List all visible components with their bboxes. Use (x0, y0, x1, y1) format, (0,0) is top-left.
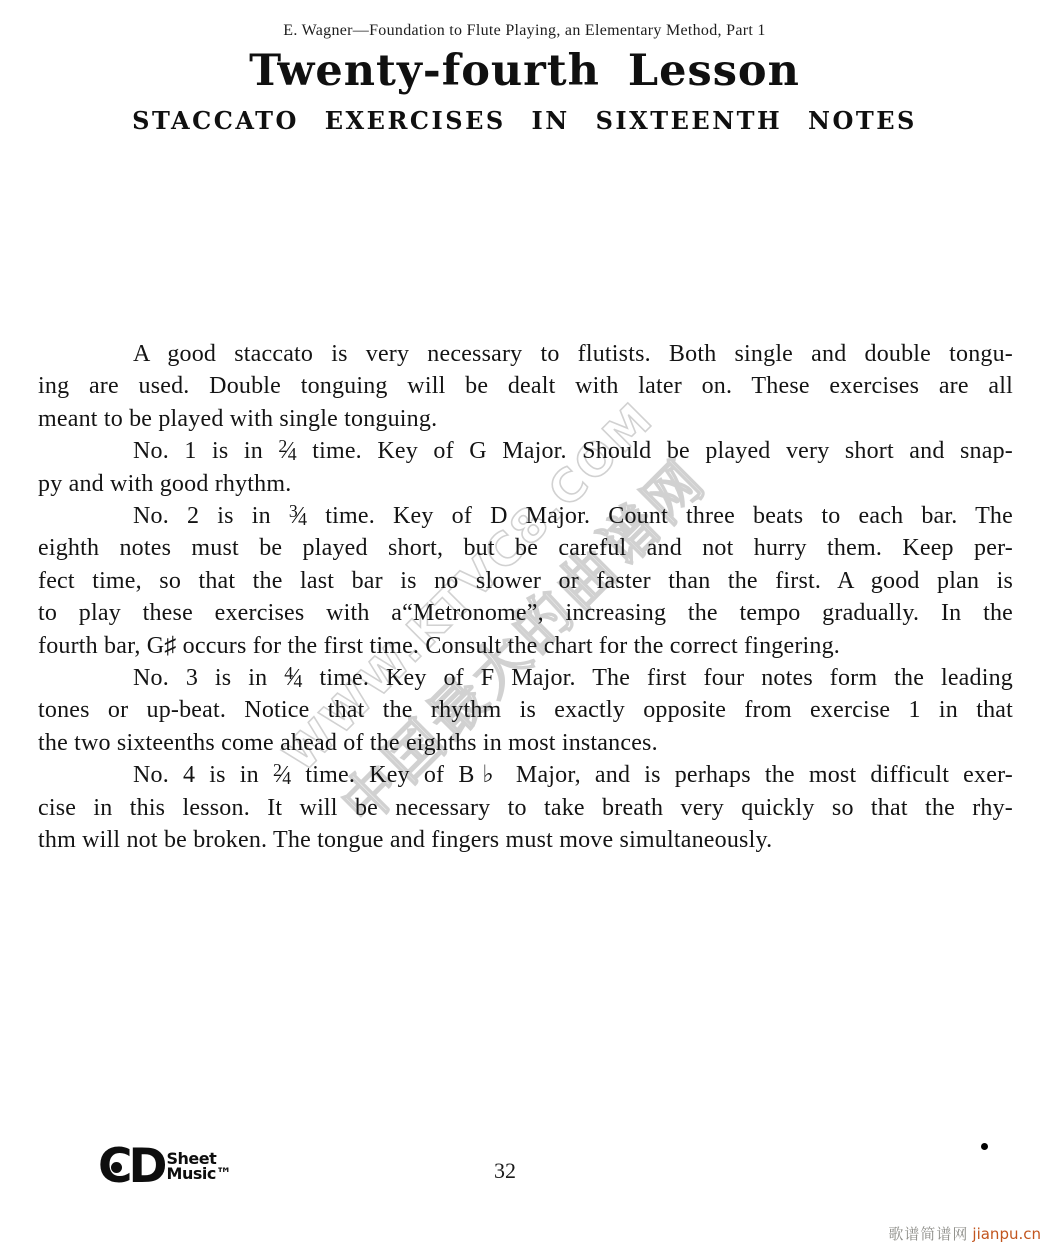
text-line: No. 1 is in 2⁄4 time. Key of G Major. Sh… (38, 435, 1013, 467)
ink-speck-dot (981, 1143, 988, 1150)
text-line: the two sixteenths come ahead of the eig… (38, 727, 1013, 759)
paragraph: No. 3 is in 4⁄4 time. Key of F Major. Th… (38, 662, 1013, 759)
lesson-title: Twenty-fourth Lesson (0, 46, 1049, 96)
text-line: A good staccato is very necessary to flu… (38, 338, 1013, 370)
text-line: eighth notes must be played short, but b… (38, 532, 1013, 564)
text-line: cise in this lesson. It will be necessar… (38, 792, 1013, 824)
site-watermark-chinese: 歌谱简谱网 (888, 1225, 968, 1243)
paragraph: No. 2 is in 3⁄4 time. Key of D Major. Co… (38, 500, 1013, 662)
site-watermark-domain: jianpu.cn (972, 1225, 1041, 1243)
page-number: 32 (494, 1158, 516, 1183)
text-line: fourth bar, G♯ occurs for the first time… (38, 630, 1013, 662)
text-line: meant to be played with single tonguing. (38, 403, 1013, 435)
body-text: A good staccato is very necessary to flu… (38, 338, 1013, 857)
lesson-subtitle: STACCATO EXERCISES IN SIXTEENTH NOTES (0, 106, 1049, 135)
text-line: py and with good rhythm. (38, 468, 1013, 500)
text-line: thm will not be broken. The tongue and f… (38, 824, 1013, 856)
text-line: fect time, so that the last bar is no sl… (38, 565, 1013, 597)
paragraph: No. 4 is in 2⁄4 time. Key of B♭ Major, a… (38, 759, 1013, 856)
paragraph: A good staccato is very necessary to flu… (38, 338, 1013, 435)
site-watermark: 歌谱简谱网jianpu.cn (888, 1223, 1041, 1244)
text-line: No. 3 is in 4⁄4 time. Key of F Major. Th… (38, 662, 1013, 694)
text-line: tones or up-beat. Notice that the rhythm… (38, 694, 1013, 726)
text-line: No. 4 is in 2⁄4 time. Key of B♭ Major, a… (38, 759, 1013, 791)
text-line: ing are used. Double tonguing will be de… (38, 370, 1013, 402)
scanned-sheet-music-page: WWW.KTVC8.COM 中国最大的曲谱网 E. Wagner—Foundat… (0, 0, 1049, 1250)
text-line: No. 2 is in 3⁄4 time. Key of D Major. Co… (38, 500, 1013, 532)
text-line: to play these exercises with a“Metronome… (38, 597, 1013, 629)
page-header: E. Wagner—Foundation to Flute Playing, a… (0, 22, 1049, 40)
paragraph: No. 1 is in 2⁄4 time. Key of G Major. Sh… (38, 435, 1013, 500)
page-number-row: 32 (0, 1158, 1010, 1184)
